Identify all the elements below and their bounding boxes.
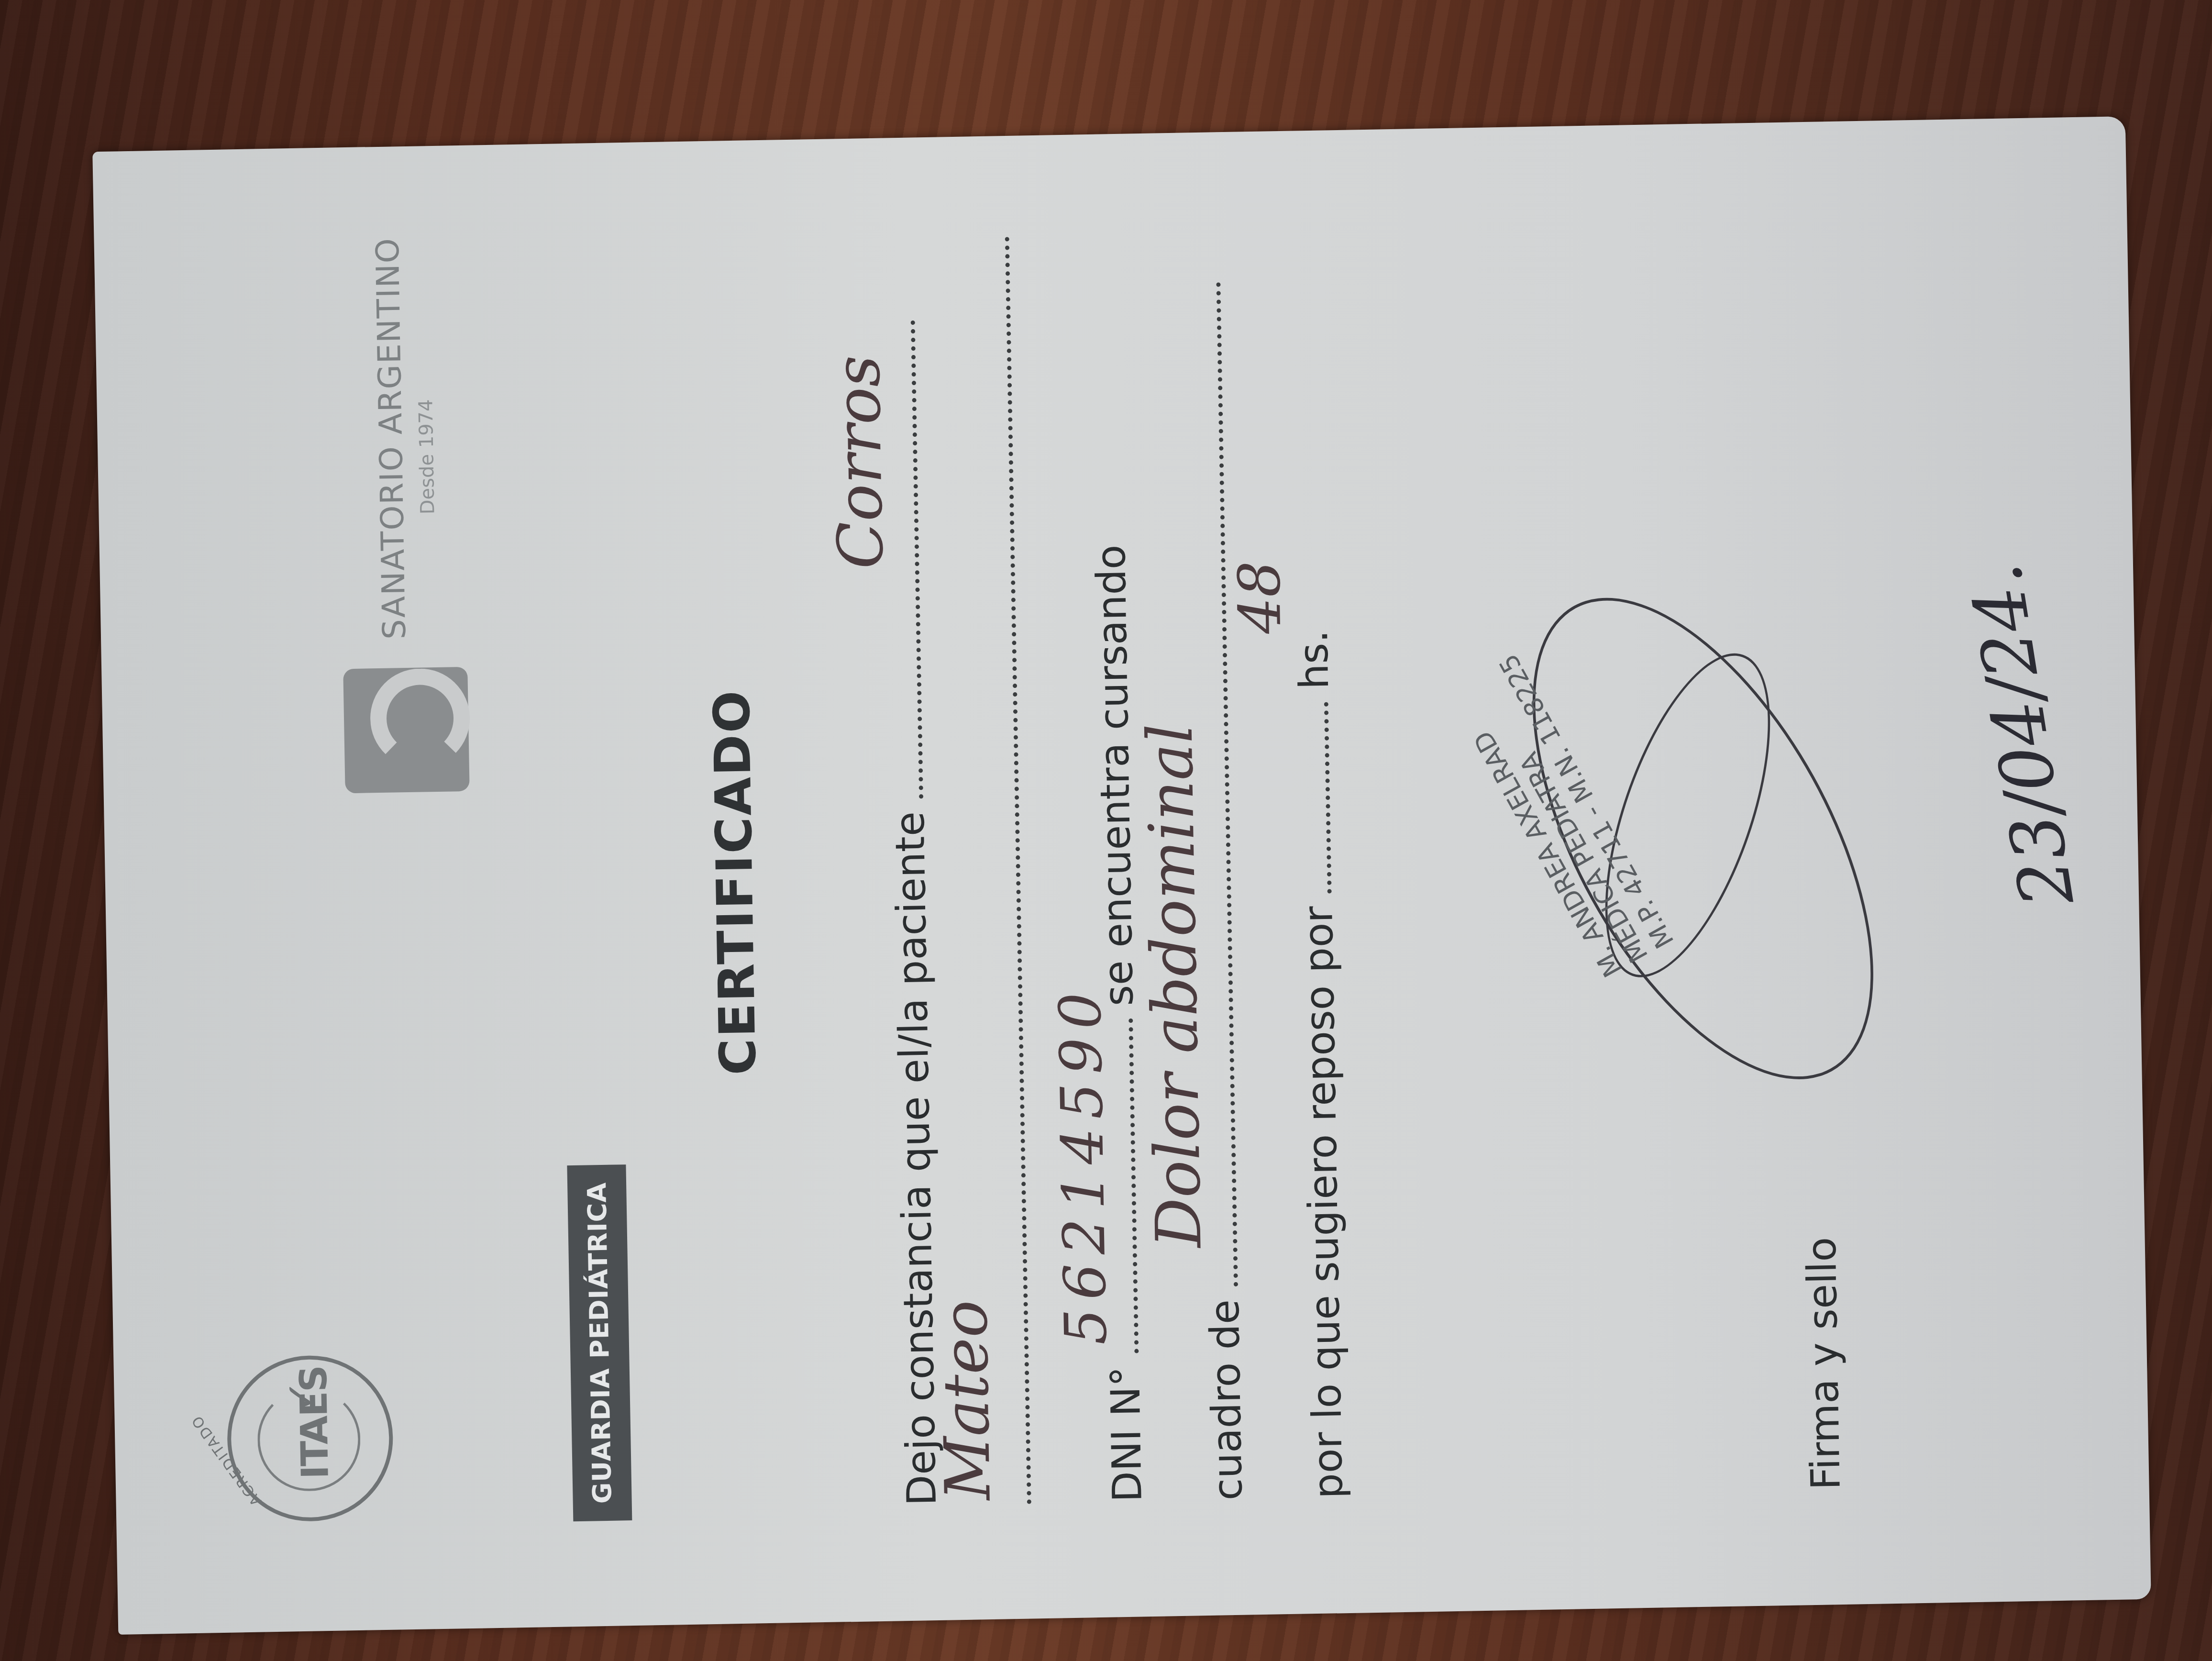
signature-label: Firma y sello	[1798, 1237, 1849, 1490]
dni-handwritten: 56214590	[1047, 984, 1120, 1346]
diagnosis-field	[1211, 282, 1238, 1287]
diagnosis-handwritten: Dolor abdominal	[1133, 723, 1215, 1248]
line5-suffix: hs.	[1290, 630, 1338, 689]
line4-prefix: cuadro de	[1201, 1299, 1251, 1501]
swirl-logo-icon	[343, 667, 469, 793]
department-badge: GUARDIA PEDIÁTRICA	[567, 1164, 632, 1521]
line3-prefix: DNI N°	[1102, 1366, 1151, 1502]
line5-prefix: por lo que sugiero reposo por	[1294, 906, 1352, 1499]
logo-swirl-shape	[369, 668, 471, 769]
rest-hours-handwritten: 48	[1227, 560, 1294, 634]
patient-firstname-handwritten: Mateo	[928, 1299, 1004, 1501]
institution-since: Desde 1974	[415, 399, 439, 515]
check-mark-icon: ✓	[278, 1380, 323, 1413]
itaes-accreditation-seal: ACREDITADO ITAES ✓	[226, 1354, 394, 1523]
document-title: CERTIFICADO	[693, 164, 776, 1600]
body-line-rest: por lo que sugiero reposo por hs.	[1290, 630, 1352, 1499]
dni-field	[1124, 1019, 1139, 1353]
patient-name-field	[906, 320, 923, 798]
certificate-paper: ACREDITADO ITAES ✓ SANATORIO ARGENTINO D…	[92, 116, 2151, 1635]
rest-hours-field	[1319, 702, 1332, 893]
document-header: ACREDITADO ITAES ✓ SANATORIO ARGENTINO D…	[129, 169, 488, 1610]
certificate-document: ACREDITADO ITAES ✓ SANATORIO ARGENTINO D…	[129, 141, 2115, 1610]
patient-name-field-2	[1000, 236, 1031, 1504]
date-handwritten: 23/04/24.	[1954, 558, 2090, 912]
patient-surname-handwritten: Corros	[821, 354, 897, 570]
institution-name: SANATORIO ARGENTINO	[369, 237, 413, 640]
seal-ring-text: ACREDITADO	[188, 1412, 265, 1509]
